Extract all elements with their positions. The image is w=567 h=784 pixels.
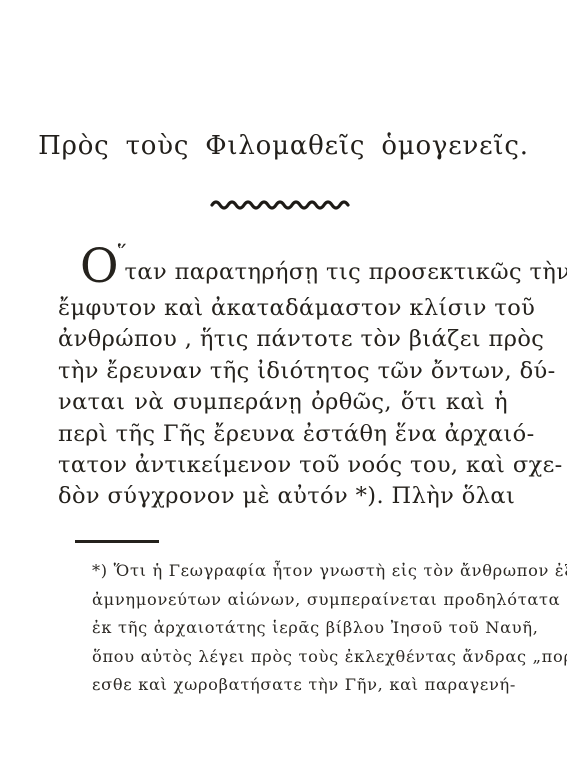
footnote-block: *) Ὅτι ἡ Γεωγραφία ἦτον γνωστὴ εἰς τὸν ἄ… [92, 557, 508, 700]
paragraph-line: δὸν σύγχρονον μὲ αὐτόν *). Πλὴν ὅλαι [58, 481, 508, 512]
paragraph-line: Ο῞ταν παρατηρήσῃ τις προσεκτικῶς τὴν [58, 251, 508, 293]
paragraph-line: ἔμφυτον καὶ ἀκαταδάμαστον κλίσιν τοῦ [58, 293, 508, 324]
dropcap-initial: Ο [80, 239, 119, 294]
paragraph-line: ναται νὰ συμπεράνῃ ὀρθῶς, ὅτι καὶ ἡ [58, 387, 508, 418]
page-title: Πρὸς τοὺς Φιλομαθεῖς ὁμογενεῖς. [0, 128, 567, 164]
footnote-line: *) Ὅτι ἡ Γεωγραφία ἦτον γνωστὴ εἰς τὸν ἄ… [92, 557, 508, 586]
footnote-line: ἀμνημονεύτων αἰώνων, συμπεραίνεται προδη… [92, 586, 508, 615]
wavy-divider [210, 198, 357, 212]
footnote-line: ἐκ τῆς ἀρχαιοτάτης ἱερᾶς βίβλου Ἰησοῦ το… [92, 614, 508, 643]
paragraph-line: περὶ τῆς Γῆς ἔρευνα ἐστάθη ἕνα ἀρχαιό- [58, 419, 508, 450]
paragraph-line: ἀνθρώπου , ἥτις πάντοτε τὸν βιάζει πρὸς [58, 324, 508, 355]
paragraph-line: τὴν ἔρευναν τῆς ἰδιότητος τῶν ὄντων, δύ- [58, 356, 508, 387]
footnote-line: εσθε καὶ χωροβατήσατε τὴν Γῆν, καὶ παραγ… [92, 671, 508, 700]
footnote-separator-rule [75, 540, 159, 543]
scanned-book-page: Πρὸς τοὺς Φιλομαθεῖς ὁμογενεῖς. Ο῞ταν πα… [0, 0, 567, 784]
paragraph-line: τατον ἀντικείμενον τοῦ νοός του, καὶ σχε… [58, 450, 508, 481]
paragraph-line-text: ταν παρατηρήσῃ τις προσεκτικῶς τὴν [125, 259, 567, 285]
main-paragraph: Ο῞ταν παρατηρήσῃ τις προσεκτικῶς τὴν ἔμφ… [58, 251, 508, 513]
footnote-line: ὅπου αὐτὸς λέγει πρὸς τοὺς ἐκλεχθέντας ἄ… [92, 643, 508, 672]
